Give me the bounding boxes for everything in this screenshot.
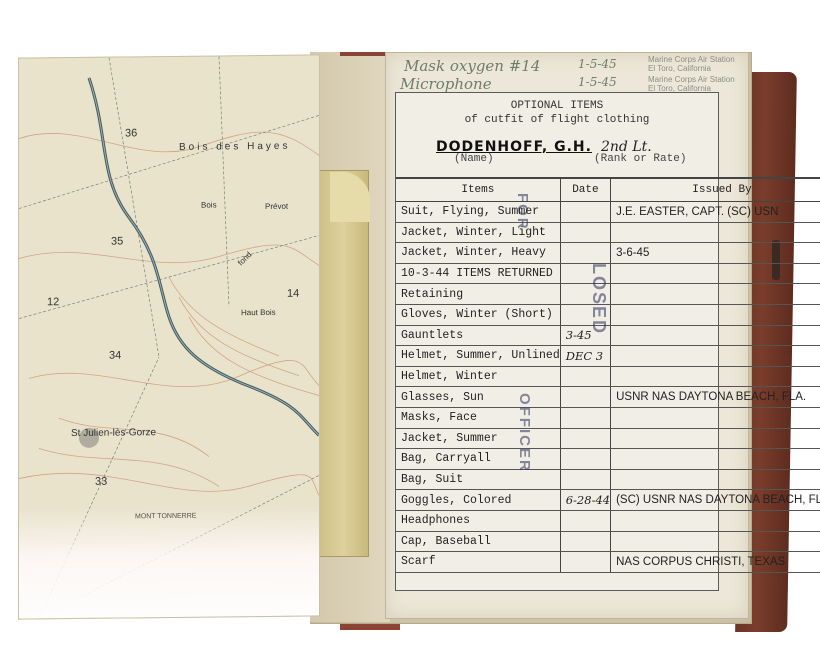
map-label-haut-bois: Haut Bois	[241, 308, 276, 317]
date-cell	[560, 469, 610, 490]
vertical-stamp-officer: OFFICER	[516, 393, 533, 473]
col-items: Items	[396, 178, 560, 202]
item-cell: Jacket, Summer	[396, 428, 560, 449]
map-label-bois-des-hayes: Bois des Hayes	[179, 141, 290, 153]
item-cell: Helmet, Winter	[396, 366, 560, 387]
issued-by-cell: NAS CORPUS CHRISTI, TEXAS	[611, 552, 820, 573]
item-cell: Headphones	[396, 510, 560, 531]
date-cell	[560, 510, 610, 531]
date-cell	[560, 366, 610, 387]
table-row: ScarfNAS CORPUS CHRISTI, TEXAS	[396, 552, 820, 573]
date-cell	[560, 387, 610, 408]
item-cell: Gauntlets	[396, 325, 560, 346]
issued-by-cell: 3-6-45	[611, 243, 820, 264]
table-row: Helmet, Winter	[396, 366, 820, 387]
date-cell	[560, 531, 610, 552]
date-cell	[560, 449, 610, 470]
form-subtitle: of cutfit of flight clothing	[396, 113, 718, 127]
map-glare	[19, 505, 319, 618]
map-label-14: 14	[287, 288, 299, 300]
item-cell: Glasses, Sun	[396, 387, 560, 408]
station-stamp-1: Marine Corps Air Station	[648, 55, 735, 64]
table-row: Jacket, Winter, Heavy3-6-45	[396, 243, 820, 264]
issued-by-cell	[611, 469, 820, 490]
items-table: Items Date Issued By Suit, Flying, Summe…	[396, 177, 820, 573]
item-cell: Suit, Flying, Summer	[396, 202, 560, 223]
date-cell	[560, 222, 610, 243]
item-cell: Jacket, Winter, Light	[396, 222, 560, 243]
issued-by-cell	[611, 531, 820, 552]
map-label-prevot: Prévot	[265, 202, 288, 211]
issued-by-cell: J.E. EASTER, CAPT. (SC) USN	[611, 202, 820, 223]
col-issued-by: Issued By	[611, 178, 820, 202]
map-label-34: 34	[109, 350, 121, 362]
envelope	[317, 170, 369, 557]
handwritten-item-1: Mask oxygen #14	[404, 57, 540, 75]
table-header: Items Date Issued By	[396, 178, 820, 202]
table-row: Cap, Baseball	[396, 531, 820, 552]
form-title-block: OPTIONAL ITEMS of cutfit of flight cloth…	[396, 99, 718, 127]
handwritten-date-2: 1-5-45	[578, 75, 617, 89]
handwritten-item-2: Microphone	[400, 75, 492, 93]
item-cell: Gloves, Winter (Short)	[396, 304, 560, 325]
table-row: Masks, Face	[396, 407, 820, 428]
issued-by-cell	[611, 284, 820, 305]
table-row: Glasses, SunUSNR NAS DAYTONA BEACH, FLA.	[396, 387, 820, 408]
topographic-map: 36 Bois des Hayes Bois 35 12 14 Haut Boi…	[18, 54, 320, 619]
item-cell: Helmet, Summer, Unlined	[396, 346, 560, 367]
table-row: Goggles, Colored6-28-44(SC) USNR NAS DAY…	[396, 490, 820, 511]
date-cell	[560, 243, 610, 264]
map-label-33: 33	[95, 476, 107, 488]
table-row: Helmet, Summer, UnlinedDEC 3	[396, 346, 820, 367]
issued-by-cell	[611, 222, 820, 243]
issued-by-cell	[611, 325, 820, 346]
item-cell: Bag, Carryall	[396, 449, 560, 470]
item-cell: Cap, Baseball	[396, 531, 560, 552]
date-cell	[560, 202, 610, 223]
issued-by-cell	[611, 304, 820, 325]
issued-by-cell: USNR NAS DAYTONA BEACH, FLA.	[611, 387, 820, 408]
issued-by-cell: (SC) USNR NAS DAYTONA BEACH, FLA.	[611, 490, 820, 511]
issued-by-cell	[611, 407, 820, 428]
vertical-stamp-losed: LOSED	[588, 263, 609, 335]
issued-by-cell	[611, 366, 820, 387]
item-cell: Scarf	[396, 552, 560, 573]
table-row: Bag, Suit	[396, 469, 820, 490]
date-cell	[560, 407, 610, 428]
rank-caption: (Rank or Rate)	[594, 153, 686, 165]
map-label-st-julien: St Julien-lès-Gorze	[71, 427, 156, 439]
item-cell: Goggles, Colored	[396, 490, 560, 511]
table-row: Suit, Flying, SummerJ.E. EASTER, CAPT. (…	[396, 202, 820, 223]
table-row: Headphones	[396, 510, 820, 531]
map-label-bois: Bois	[201, 201, 217, 210]
vertical-stamp-for: FOR	[514, 193, 531, 231]
date-cell	[560, 428, 610, 449]
item-cell: 10-3-44 ITEMS RETURNED	[396, 263, 560, 284]
name-caption: (Name)	[454, 153, 494, 165]
table-row: Jacket, Summer	[396, 428, 820, 449]
item-cell: Masks, Face	[396, 407, 560, 428]
item-cell: Retaining	[396, 284, 560, 305]
date-cell: 6-28-44	[560, 490, 610, 511]
issued-by-cell	[611, 428, 820, 449]
map-label-35: 35	[111, 235, 123, 247]
issued-by-cell	[611, 263, 820, 284]
issued-by-cell	[611, 510, 820, 531]
issued-by-cell	[611, 449, 820, 470]
handwritten-date-1: 1-5-45	[578, 57, 617, 71]
item-cell: Bag, Suit	[396, 469, 560, 490]
optional-items-form: OPTIONAL ITEMS of cutfit of flight cloth…	[395, 92, 719, 591]
map-label-36: 36	[125, 127, 137, 139]
form-title: OPTIONAL ITEMS	[396, 99, 718, 113]
table-row: Bag, Carryall	[396, 449, 820, 470]
date-cell	[560, 552, 610, 573]
item-cell: Jacket, Winter, Heavy	[396, 243, 560, 264]
station-stamp-2: Marine Corps Air Station	[648, 75, 735, 84]
issued-by-cell	[611, 346, 820, 367]
map-label-12: 12	[47, 296, 59, 308]
date-cell: DEC 3	[560, 346, 610, 367]
station-stamp-1-location: El Toro, California	[648, 64, 711, 73]
col-date: Date	[560, 178, 610, 202]
table-row: Jacket, Winter, Light	[396, 222, 820, 243]
